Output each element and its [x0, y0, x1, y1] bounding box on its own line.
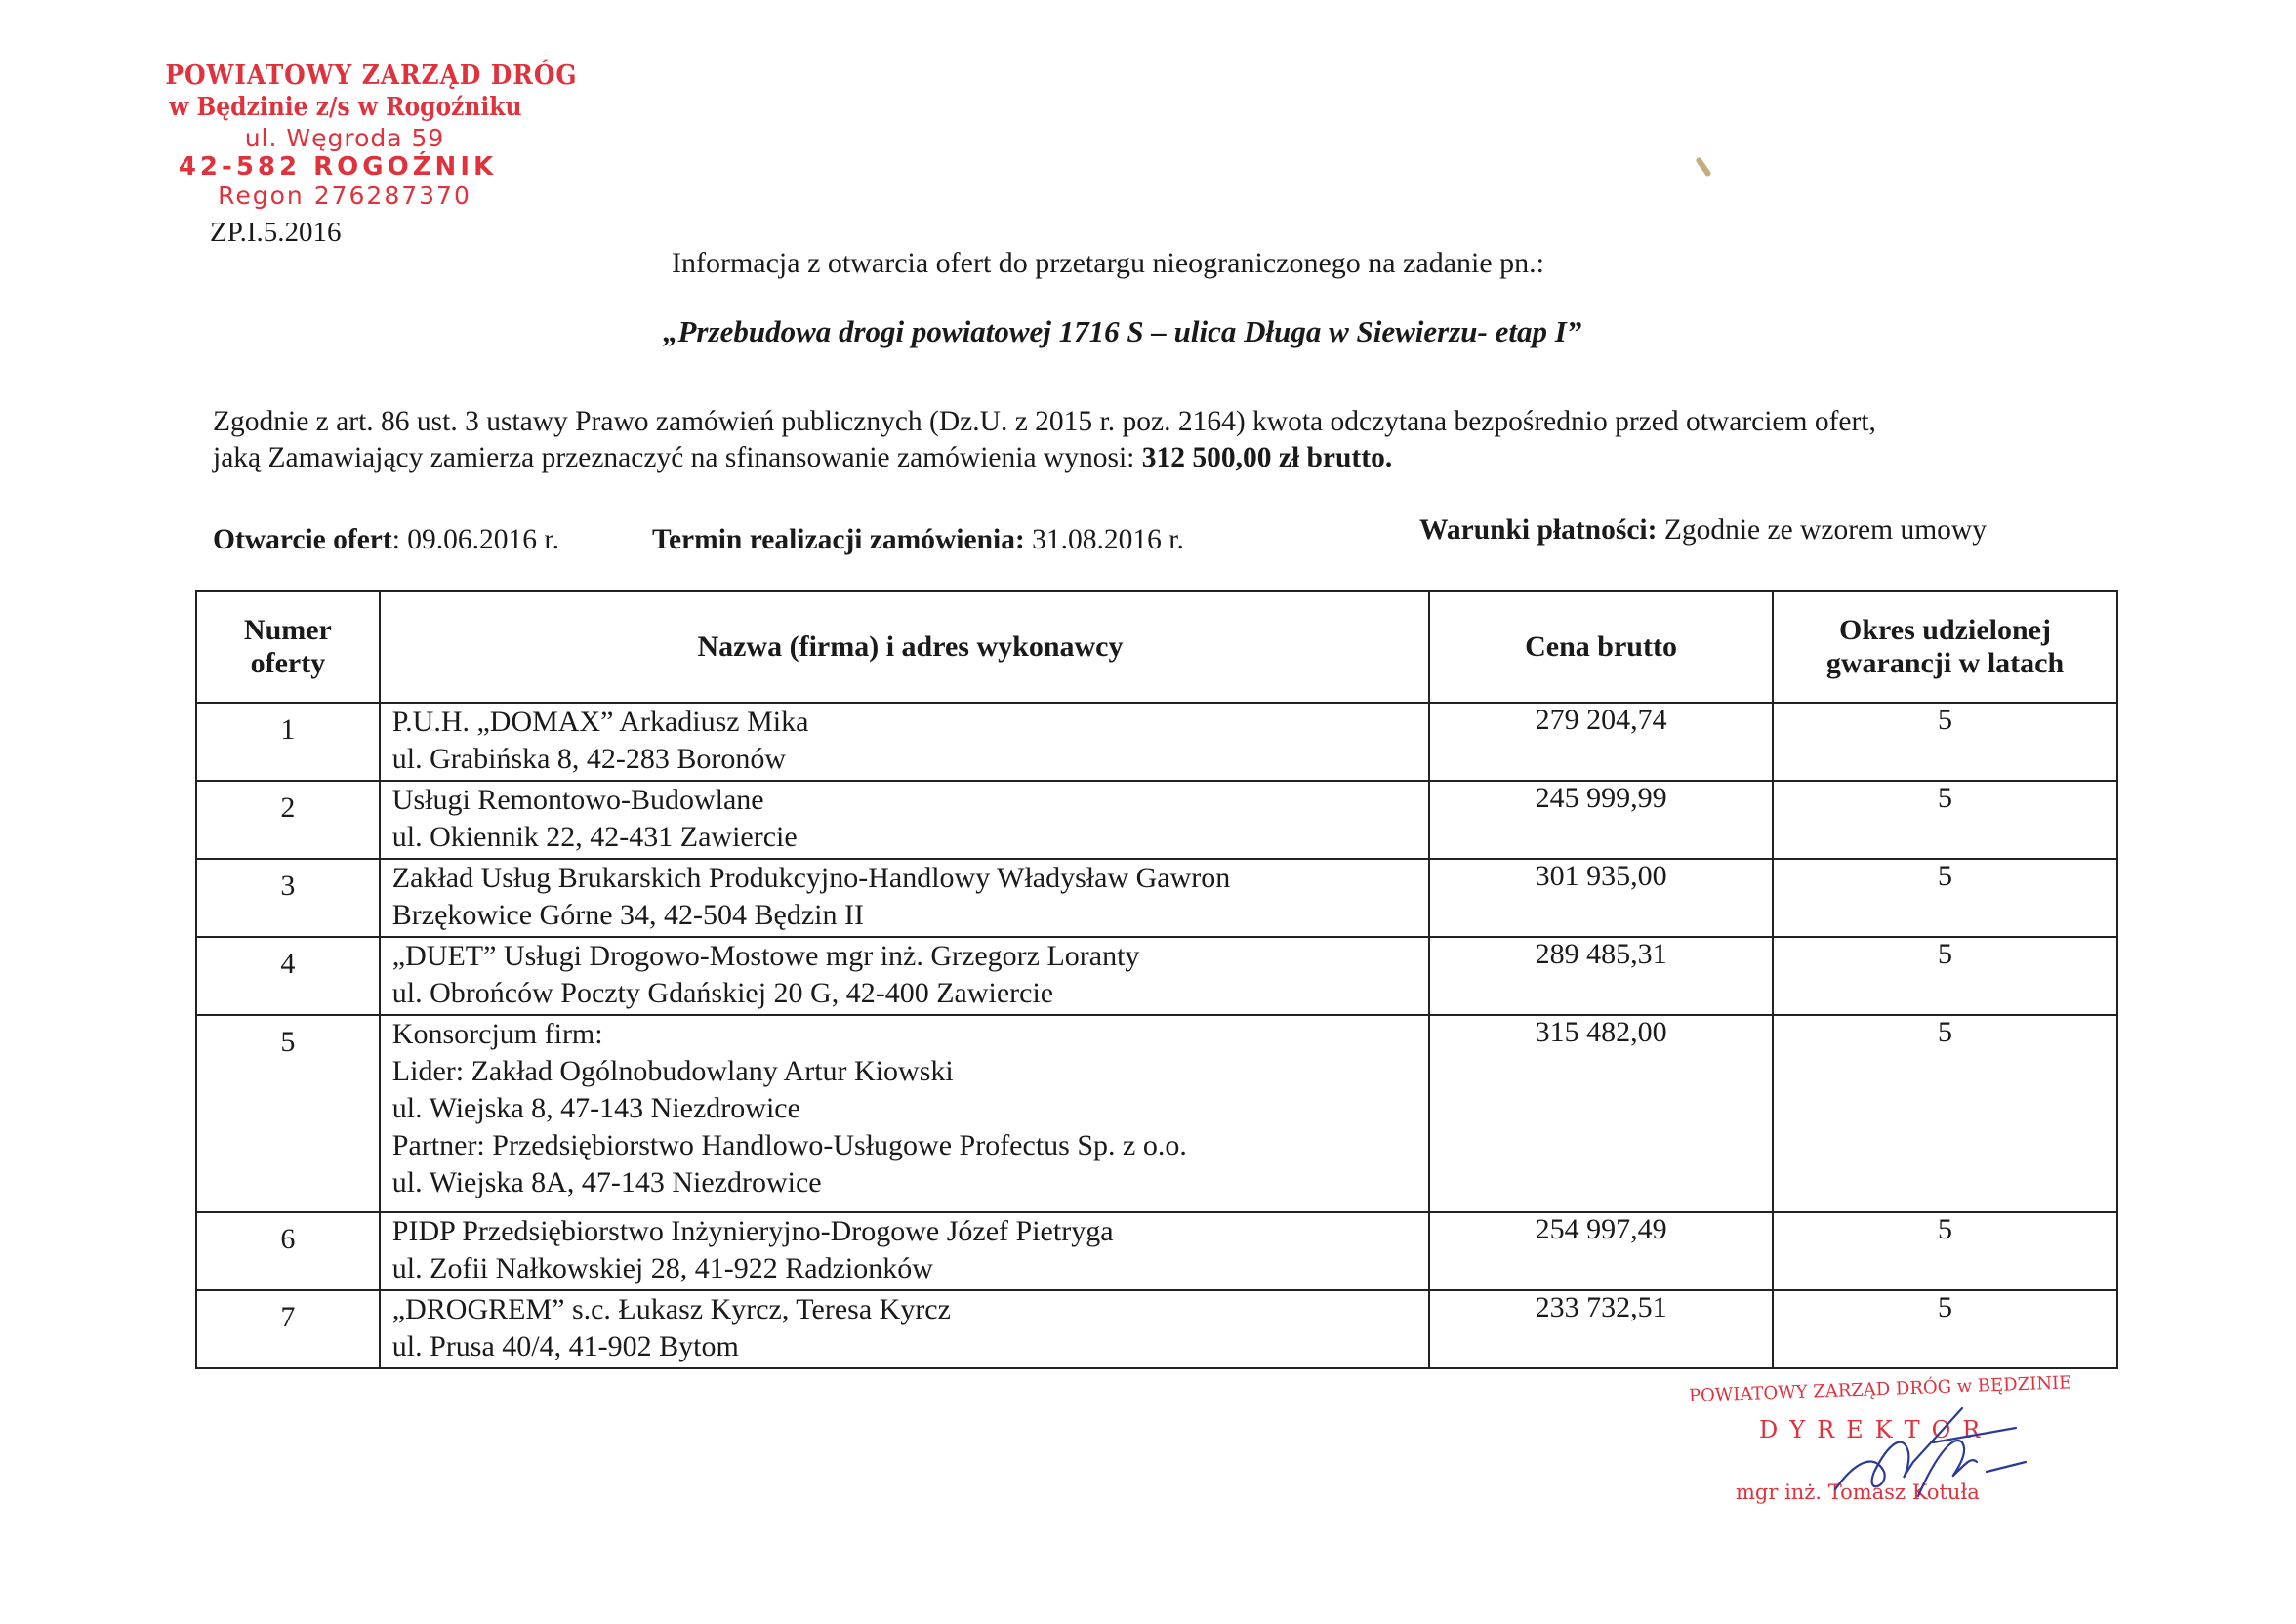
table-row: 7„DROGREM” s.c. Łukasz Kyrcz, Teresa Kyr… — [196, 1290, 2117, 1368]
gross-price: 279 204,74 — [1429, 703, 1773, 781]
offer-number: 3 — [196, 859, 380, 937]
contractor-line: ul. Prusa 40/4, 41-902 Bytom — [392, 1328, 1428, 1365]
contractor-line: P.U.H. „DOMAX” Arkadiusz Mika — [392, 704, 1428, 741]
guarantee-years: 5 — [1773, 859, 2117, 937]
contractor-name-address: Usługi Remontowo-Budowlaneul. Okiennik 2… — [380, 781, 1429, 859]
table-row: 1P.U.H. „DOMAX” Arkadiusz Mikaul. Grabiń… — [196, 703, 2117, 781]
offer-number: 7 — [196, 1290, 380, 1368]
contractor-line: Lider: Zakład Ogólnobudowlany Artur Kiow… — [392, 1053, 1428, 1090]
contractor-line: Zakład Usług Brukarskich Produkcyjno-Han… — [392, 860, 1428, 897]
budget-paragraph: Zgodnie z art. 86 ust. 3 ustawy Prawo za… — [213, 404, 2165, 476]
contractor-line: PIDP Przedsiębiorstwo Inżynieryjno-Drogo… — [392, 1213, 1428, 1250]
table-row: 2Usługi Remontowo-Budowlaneul. Okiennik … — [196, 781, 2117, 859]
gross-price: 245 999,99 — [1429, 781, 1773, 859]
header-contractor: Nazwa (firma) i adres wykonawcy — [380, 591, 1429, 703]
stamp-line-regon: Regon 276287370 — [164, 183, 525, 208]
table-row: 4 „DUET” Usługi Drogowo-Mostowe mgr inż.… — [196, 937, 2117, 1015]
opening-date: Otwarcie ofert: 09.06.2016 r. — [213, 524, 559, 556]
gross-price: 301 935,00 — [1429, 859, 1773, 937]
guarantee-years: 5 — [1773, 1015, 2117, 1212]
offer-number: 2 — [196, 781, 380, 859]
gross-price: 233 732,51 — [1429, 1290, 1773, 1368]
reference-number: ZP.I.5.2016 — [210, 217, 342, 249]
offer-number: 5 — [196, 1015, 380, 1212]
contractor-name-address: „DUET” Usługi Drogowo-Mostowe mgr inż. G… — [380, 937, 1429, 1015]
guarantee-years: 5 — [1773, 781, 2117, 859]
handwritten-signature — [1816, 1403, 2030, 1511]
contractor-line: Usługi Remontowo-Budowlane — [392, 782, 1428, 819]
contractor-line: ul. Grabińska 8, 42-283 Boronów — [392, 741, 1428, 778]
contractor-line: ul. Wiejska 8A, 47-143 Niezdrowice — [392, 1164, 1428, 1201]
table-header-row: Numeroferty Nazwa (firma) i adres wykona… — [196, 591, 2117, 703]
offer-number: 1 — [196, 703, 380, 781]
stamp-line-postal: 42-582 ROGOŹNIK — [150, 154, 525, 180]
table-row: 5Konsorcjum firm:Lider: Zakład Ogólnobud… — [196, 1015, 2117, 1212]
header-gross-price: Cena brutto — [1429, 591, 1773, 703]
header-offer-number: Numeroferty — [196, 591, 380, 703]
budget-line-1: Zgodnie z art. 86 ust. 3 ustawy Prawo za… — [213, 404, 2165, 440]
gross-price: 315 482,00 — [1429, 1015, 1773, 1212]
stamp-line-street: ul. Węgroda 59 — [164, 126, 525, 150]
office-stamp: POWIATOWY ZARZĄD DRÓG w Będzinie z/s w R… — [164, 62, 525, 208]
header-guarantee: Okres udzielonejgwarancji w latach — [1773, 591, 2117, 703]
contractor-line: Konsorcjum firm: — [392, 1016, 1428, 1053]
guarantee-years: 5 — [1773, 1212, 2117, 1290]
contractor-line: Partner: Przedsiębiorstwo Handlowo-Usług… — [392, 1127, 1428, 1164]
contractor-line: ul. Wiejska 8, 47-143 Niezdrowice — [392, 1090, 1428, 1127]
table-row: 3Zakład Usług Brukarskich Produkcyjno-Ha… — [196, 859, 2117, 937]
guarantee-years: 5 — [1773, 937, 2117, 1015]
stamp-line-office: POWIATOWY ZARZĄD DRÓG — [165, 62, 510, 89]
contractor-name-address: PIDP Przedsiębiorstwo Inżynieryjno-Drogo… — [380, 1212, 1429, 1290]
budget-amount: 312 500,00 zł brutto. — [1142, 442, 1392, 473]
director-stamp-office: POWIATOWY ZARZĄD DRÓG w BĘDZINIE — [1689, 1373, 2061, 1406]
contractor-name-address: „DROGREM” s.c. Łukasz Kyrcz, Teresa Kyrc… — [380, 1290, 1429, 1368]
gross-price: 254 997,49 — [1429, 1212, 1773, 1290]
document-heading: Informacja z otwarcia ofert do przetargu… — [672, 247, 1544, 280]
contractor-name-address: Konsorcjum firm:Lider: Zakład Ogólnobudo… — [380, 1015, 1429, 1212]
table-row: 6PIDP Przedsiębiorstwo Inżynieryjno-Drog… — [196, 1212, 2117, 1290]
offer-number: 4 — [196, 937, 380, 1015]
guarantee-years: 5 — [1773, 703, 2117, 781]
payment-terms: Warunki płatności: Zgodnie ze wzorem umo… — [1419, 514, 1987, 547]
scan-speck — [1695, 156, 1712, 177]
offer-number: 6 — [196, 1212, 380, 1290]
contractor-line: „DROGREM” s.c. Łukasz Kyrcz, Teresa Kyrc… — [392, 1291, 1428, 1328]
contractor-name-address: P.U.H. „DOMAX” Arkadiusz Mikaul. Grabińs… — [380, 703, 1429, 781]
guarantee-years: 5 — [1773, 1290, 2117, 1368]
gross-price: 289 485,31 — [1429, 937, 1773, 1015]
completion-deadline: Termin realizacji zamówienia: 31.08.2016… — [652, 524, 1184, 556]
contractor-line: ul. Zofii Nałkowskiej 28, 41-922 Radzion… — [392, 1250, 1428, 1287]
budget-line-2: jaką Zamawiający zamierza przeznaczyć na… — [213, 440, 2165, 476]
task-title: „Przebudowa drogi powiatowej 1716 S – ul… — [663, 314, 1581, 349]
contractor-name-address: Zakład Usług Brukarskich Produkcyjno-Han… — [380, 859, 1429, 937]
stamp-line-location: w Będzinie z/s w Rogoźniku — [169, 95, 507, 120]
contractor-line: „DUET” Usługi Drogowo-Mostowe mgr inż. G… — [392, 938, 1428, 975]
contractor-line: ul. Okiennik 22, 42-431 Zawiercie — [392, 819, 1428, 856]
offers-table: Numeroferty Nazwa (firma) i adres wykona… — [195, 590, 2118, 1369]
contractor-line: ul. Obrońców Poczty Gdańskiej 20 G, 42-4… — [392, 975, 1428, 1012]
contractor-line: Brzękowice Górne 34, 42-504 Będzin II — [392, 897, 1428, 934]
